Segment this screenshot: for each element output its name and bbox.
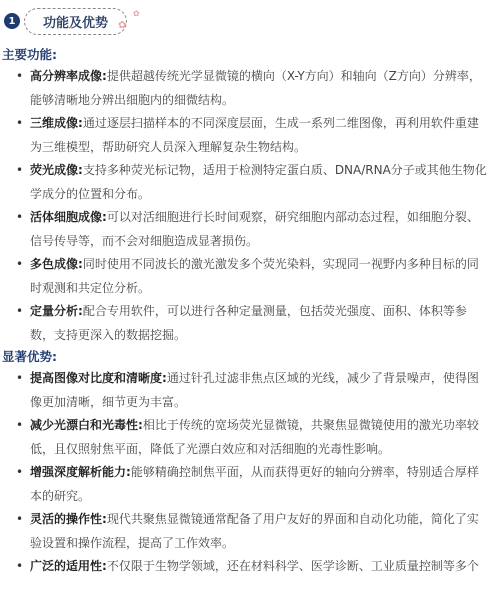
list-item: 高分辨率成像:提供超越传统光学显微镜的横向（X-Y方向）和轴向（Z方向）分辨率，… — [0, 65, 490, 112]
advantage-list: 提高图像对比度和清晰度:通过针孔过滤非焦点区域的光线，减少了背景噪声，使得图像更… — [0, 367, 490, 579]
section-title-features: 主要功能: — [2, 45, 57, 63]
header-title: 功能及优势 — [24, 8, 127, 35]
flower-icon: ✿ — [118, 20, 126, 31]
section-header: 1 功能及优势 — [4, 8, 127, 34]
list-item: 广泛的适用性:不仅限于生物学领域，还在材料科学、医学诊断、工业质量控制等多个 — [0, 555, 490, 579]
feature-list: 高分辨率成像:提供超越传统光学显微镜的横向（X-Y方向）和轴向（Z方向）分辨率，… — [0, 65, 490, 347]
list-item: 增强深度解析能力:能够精确控制焦平面，从而获得更好的轴向分辨率，特别适合厚样本的… — [0, 461, 490, 508]
list-item: 提高图像对比度和清晰度:通过针孔过滤非焦点区域的光线，减少了背景噪声，使得图像更… — [0, 367, 490, 414]
list-item: 活体细胞成像:可以对活细胞进行长时间观察，研究细胞内部动态过程，如细胞分裂、信号… — [0, 206, 490, 253]
list-item: 荧光成像:支持多种荧光标记物，适用于检测特定蛋白质、DNA/RNA分子或其他生物… — [0, 159, 490, 206]
list-item: 定量分析:配合专用软件，可以进行各种定量测量，包括荧光强度、面积、体积等参数，支… — [0, 300, 490, 347]
number-badge: 1 — [4, 13, 20, 29]
list-item: 三维成像:通过逐层扫描样本的不同深度层面，生成一系列二维图像，再利用软件重建为三… — [0, 112, 490, 159]
list-item: 灵活的操作性:现代共聚焦显微镜通常配备了用户友好的界面和自动化功能，简化了实验设… — [0, 508, 490, 555]
section-title-advantages: 显著优势: — [2, 347, 57, 365]
list-item: 多色成像:同时使用不同波长的激光激发多个荧光染料，实现同一视野内多种目标的同时观… — [0, 253, 490, 300]
flower-icon-small: ✿ — [133, 9, 140, 18]
list-item: 减少光漂白和光毒性:相比于传统的宽场荧光显微镜，共聚焦显微镜使用的激光功率较低，… — [0, 414, 490, 461]
